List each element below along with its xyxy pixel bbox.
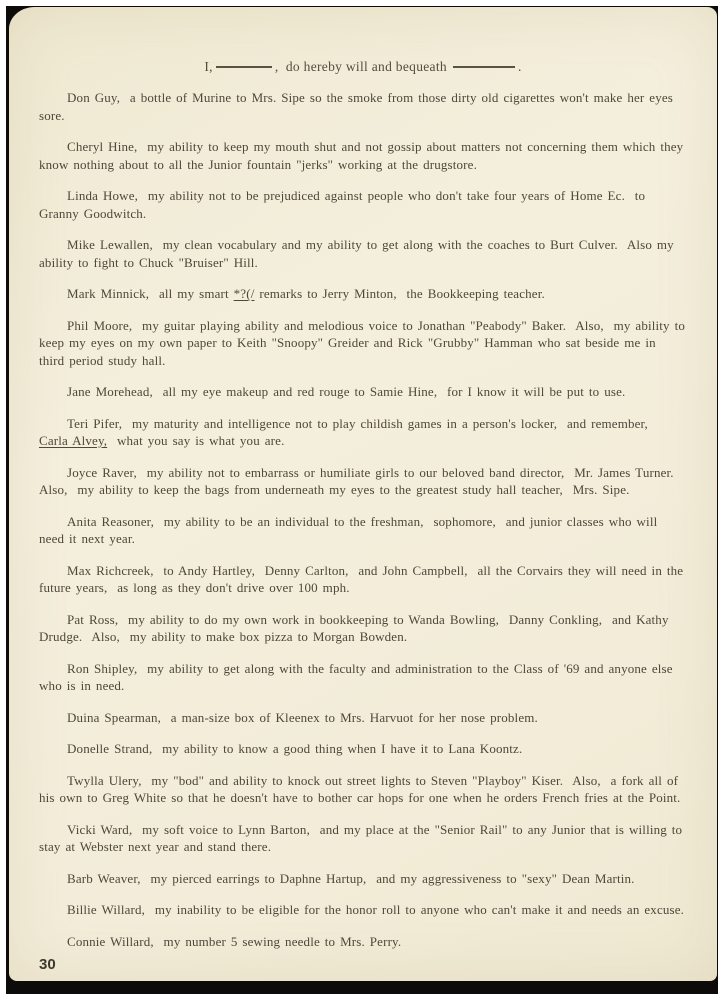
will-entry: Linda Howe, my ability not to be prejudi… <box>39 187 685 222</box>
will-entry: Duina Spearman, a man-size box of Kleene… <box>39 709 685 727</box>
entry-text: Ron Shipley, my ability to get along wit… <box>39 661 678 694</box>
page-title: I,, do hereby will and bequeath. <box>9 59 717 75</box>
title-text-end: . <box>518 59 522 74</box>
entry-text: Barb Weaver, my pierced earrings to Daph… <box>67 871 635 886</box>
will-entry: Don Guy, a bottle of Murine to Mrs. Sipe… <box>39 89 685 124</box>
entry-text: remarks to Jerry Minton, the Bookkeeping… <box>254 286 544 301</box>
title-blank-line-1 <box>216 66 272 68</box>
entry-text: Pat Ross, my ability to do my own work i… <box>39 612 674 645</box>
will-entry: Mike Lewallen, my clean vocabulary and m… <box>39 236 685 271</box>
will-entry: Max Richcreek, to Andy Hartley, Denny Ca… <box>39 562 685 597</box>
will-entry: Cheryl Hine, my ability to keep my mouth… <box>39 138 685 173</box>
entry-text: Billie Willard, my inability to be eligi… <box>67 902 684 917</box>
entry-text: Max Richcreek, to Andy Hartley, Denny Ca… <box>39 563 688 596</box>
entry-text: Linda Howe, my ability not to be prejudi… <box>39 188 650 221</box>
will-entry: Jane Morehead, all my eye makeup and red… <box>39 383 685 401</box>
will-entry: Phil Moore, my guitar playing ability an… <box>39 317 685 370</box>
entry-text: Jane Morehead, all my eye makeup and red… <box>67 384 625 399</box>
will-entry: Billie Willard, my inability to be eligi… <box>39 901 685 919</box>
document-page: I,, do hereby will and bequeath. Don Guy… <box>9 7 717 981</box>
entry-text: Anita Reasoner, my ability to be an indi… <box>39 514 662 547</box>
entry-text: Mark Minnick, all my smart <box>67 286 234 301</box>
entry-text: Duina Spearman, a man-size box of Kleene… <box>67 710 538 725</box>
entry-text: Phil Moore, my guitar playing ability an… <box>39 318 690 368</box>
will-entry: Donelle Strand, my ability to know a goo… <box>39 740 685 758</box>
will-entry: Anita Reasoner, my ability to be an indi… <box>39 513 685 548</box>
underlined-text: *?(/ <box>234 286 255 301</box>
will-entry: Mark Minnick, all my smart *?(/ remarks … <box>39 285 685 303</box>
title-blank-line-2 <box>453 66 515 68</box>
will-entry: Twylla Ulery, my "bod" and ability to kn… <box>39 772 685 807</box>
entry-text: Don Guy, a bottle of Murine to Mrs. Sipe… <box>39 90 678 123</box>
page-number: 30 <box>39 956 56 973</box>
title-text-mid: , do hereby will and bequeath <box>275 59 447 74</box>
entry-text: Donelle Strand, my ability to know a goo… <box>67 741 522 756</box>
entry-text: Teri Pifer, my maturity and intelligence… <box>67 416 658 431</box>
entry-text: Mike Lewallen, my clean vocabulary and m… <box>39 237 679 270</box>
entry-text: what you say is what you are. <box>107 433 284 448</box>
entry-text: Connie Willard, my number 5 sewing needl… <box>67 934 401 949</box>
photo-frame: I,, do hereby will and bequeath. Don Guy… <box>0 0 724 1000</box>
will-entry: Teri Pifer, my maturity and intelligence… <box>39 415 685 450</box>
will-entry: Ron Shipley, my ability to get along wit… <box>39 660 685 695</box>
will-entry: Pat Ross, my ability to do my own work i… <box>39 611 685 646</box>
underlined-text: Carla Alvey, <box>39 433 107 448</box>
will-entries: Don Guy, a bottle of Murine to Mrs. Sipe… <box>9 89 717 950</box>
entry-text: Cheryl Hine, my ability to keep my mouth… <box>39 139 688 172</box>
will-entry: Connie Willard, my number 5 sewing needl… <box>39 933 685 951</box>
will-entry: Vicki Ward, my soft voice to Lynn Barton… <box>39 821 685 856</box>
will-entry: Joyce Raver, my ability not to embarrass… <box>39 464 685 499</box>
title-text-pre: I, <box>204 59 212 74</box>
scan-backdrop: I,, do hereby will and bequeath. Don Guy… <box>6 6 718 994</box>
entry-text: Twylla Ulery, my "bod" and ability to kn… <box>39 773 683 806</box>
entry-text: Joyce Raver, my ability not to embarrass… <box>39 465 683 498</box>
will-entry: Barb Weaver, my pierced earrings to Daph… <box>39 870 685 888</box>
entry-text: Vicki Ward, my soft voice to Lynn Barton… <box>39 822 687 855</box>
